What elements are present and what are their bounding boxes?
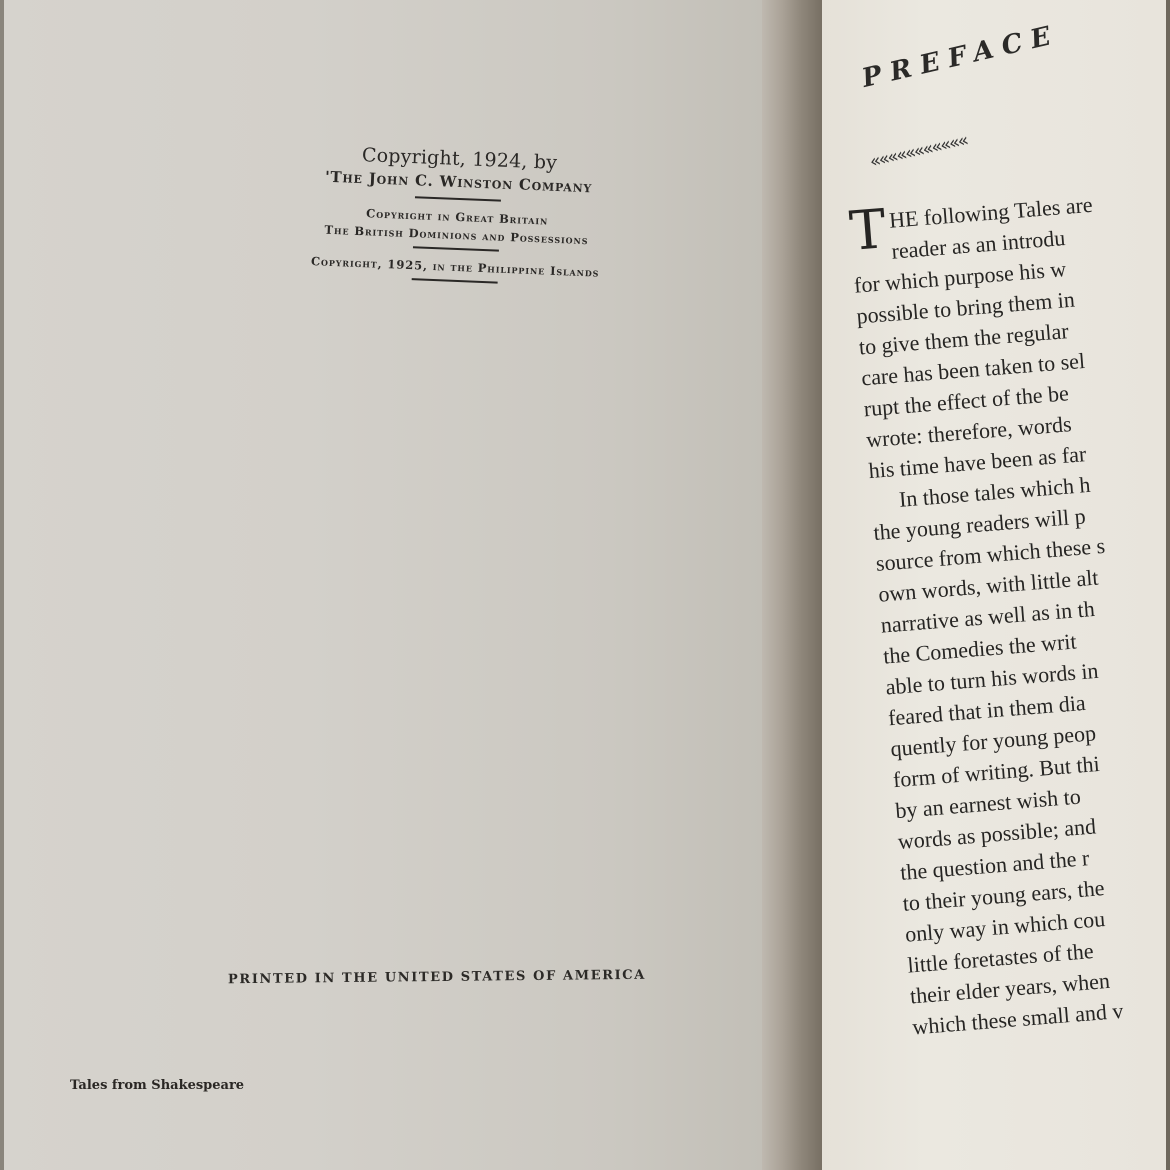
divider-rule [412,278,498,283]
copyright-block: Copyright, 1924, by 'The John C. Winston… [264,140,649,297]
book-title-label: Tales from Shakespeare [70,1078,244,1093]
copyright-philippines: Copyright, 1925, in the Philippine Islan… [265,250,645,283]
printed-in-notice: PRINTED IN THE UNITED STATES OF AMERICA [228,968,646,987]
left-page: Copyright, 1924, by 'The John C. Winston… [0,0,762,1170]
book-gutter [762,0,822,1170]
drop-cap: T [848,207,887,254]
divider-rule [413,246,499,251]
divider-rule [415,196,501,201]
